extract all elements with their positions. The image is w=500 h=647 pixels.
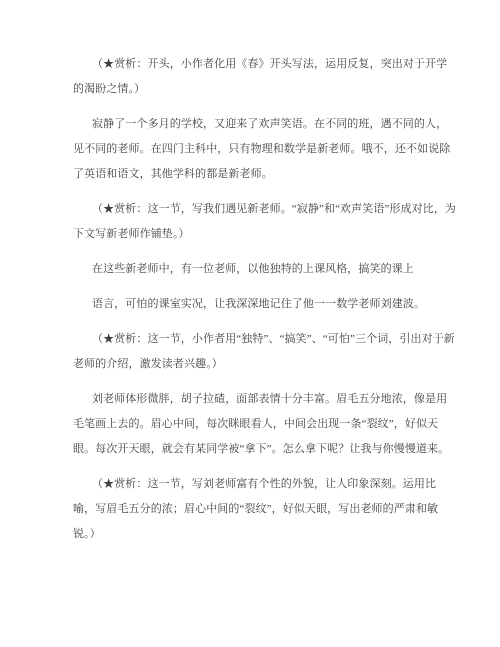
text-line: 的渴盼之情。） (73, 77, 427, 102)
text-line: （★赏析：这一节，写刘老师富有个性的外貌，让人印象深刻。运用比 (73, 472, 427, 497)
annotation-paragraph: （★赏析：这一节，写刘老师富有个性的外貌，让人印象深刻。运用比喻，写眉毛五分的浓… (73, 472, 427, 547)
text-line: 寂静了一个多月的学校，又迎来了欢声笑语。在不同的班，遇不同的人， (73, 112, 427, 137)
text-line: 在这些新老师中，有一位老师，以他独特的上课风格，搞笑的课上 (73, 257, 427, 282)
document-body: （★赏析：开头，小作者化用《春》开头写法，运用反复，突出对于开学的渴盼之情。）寂… (73, 52, 427, 547)
text-line: 眼。每次开天眼，就会有某同学被“拿下”。怎么拿下呢？让我与你慢慢道来。 (73, 437, 427, 462)
text-line: 语言，可怕的课室实况，让我深深地记住了他一一数学老师刘建波。 (73, 292, 427, 317)
text-line: 老师的介绍，激发读者兴趣。） (73, 352, 427, 377)
annotation-paragraph: （★赏析：开头，小作者化用《春》开头写法，运用反复，突出对于开学的渴盼之情。） (73, 52, 427, 102)
text-line: 见不同的老师。在四门主科中，只有物理和数学是新老师。哦不，还不如说除 (73, 137, 427, 162)
annotation-paragraph: （★赏析：这一节，写我们遇见新老师。“寂静”和“欢声笑语”形成对比，为下文写新老… (73, 197, 427, 247)
text-line: （★赏析：开头，小作者化用《春》开头写法，运用反复，突出对于开学 (73, 52, 427, 77)
body-paragraph: 刘老师体形微胖，胡子拉碴，面部表情十分丰富。眉毛五分地浓，像是用毛笔画上去的。眉… (73, 387, 427, 462)
body-paragraph: 在这些新老师中，有一位老师，以他独特的上课风格，搞笑的课上 (73, 257, 427, 282)
document-page: （★赏析：开头，小作者化用《春》开头写法，运用反复，突出对于开学的渴盼之情。）寂… (0, 0, 500, 647)
text-line: 刘老师体形微胖，胡子拉碴，面部表情十分丰富。眉毛五分地浓，像是用 (73, 387, 427, 412)
body-paragraph: 语言，可怕的课室实况，让我深深地记住了他一一数学老师刘建波。 (73, 292, 427, 317)
text-line: 了英语和语文，其他学科的都是新老师。 (73, 162, 427, 187)
text-line: 喻，写眉毛五分的浓；眉心中间的“裂纹”，好似天眼，写出老师的严肃和敏 (73, 497, 427, 522)
annotation-paragraph: （★赏析：这一节，小作者用“独特”、“搞笑”、“可怕”三个词，引出对于新老师的介… (73, 327, 427, 377)
text-line: 锐。） (73, 522, 427, 547)
text-line: 下文写新老师作铺垫。） (73, 222, 427, 247)
text-line: 毛笔画上去的。眉心中间，每次眯眼看人，中间会出现一条“裂纹”，好似天 (73, 412, 427, 437)
text-line: （★赏析：这一节，写我们遇见新老师。“寂静”和“欢声笑语”形成对比，为 (73, 197, 427, 222)
body-paragraph: 寂静了一个多月的学校，又迎来了欢声笑语。在不同的班，遇不同的人，见不同的老师。在… (73, 112, 427, 187)
text-line: （★赏析：这一节，小作者用“独特”、“搞笑”、“可怕”三个词，引出对于新 (73, 327, 427, 352)
